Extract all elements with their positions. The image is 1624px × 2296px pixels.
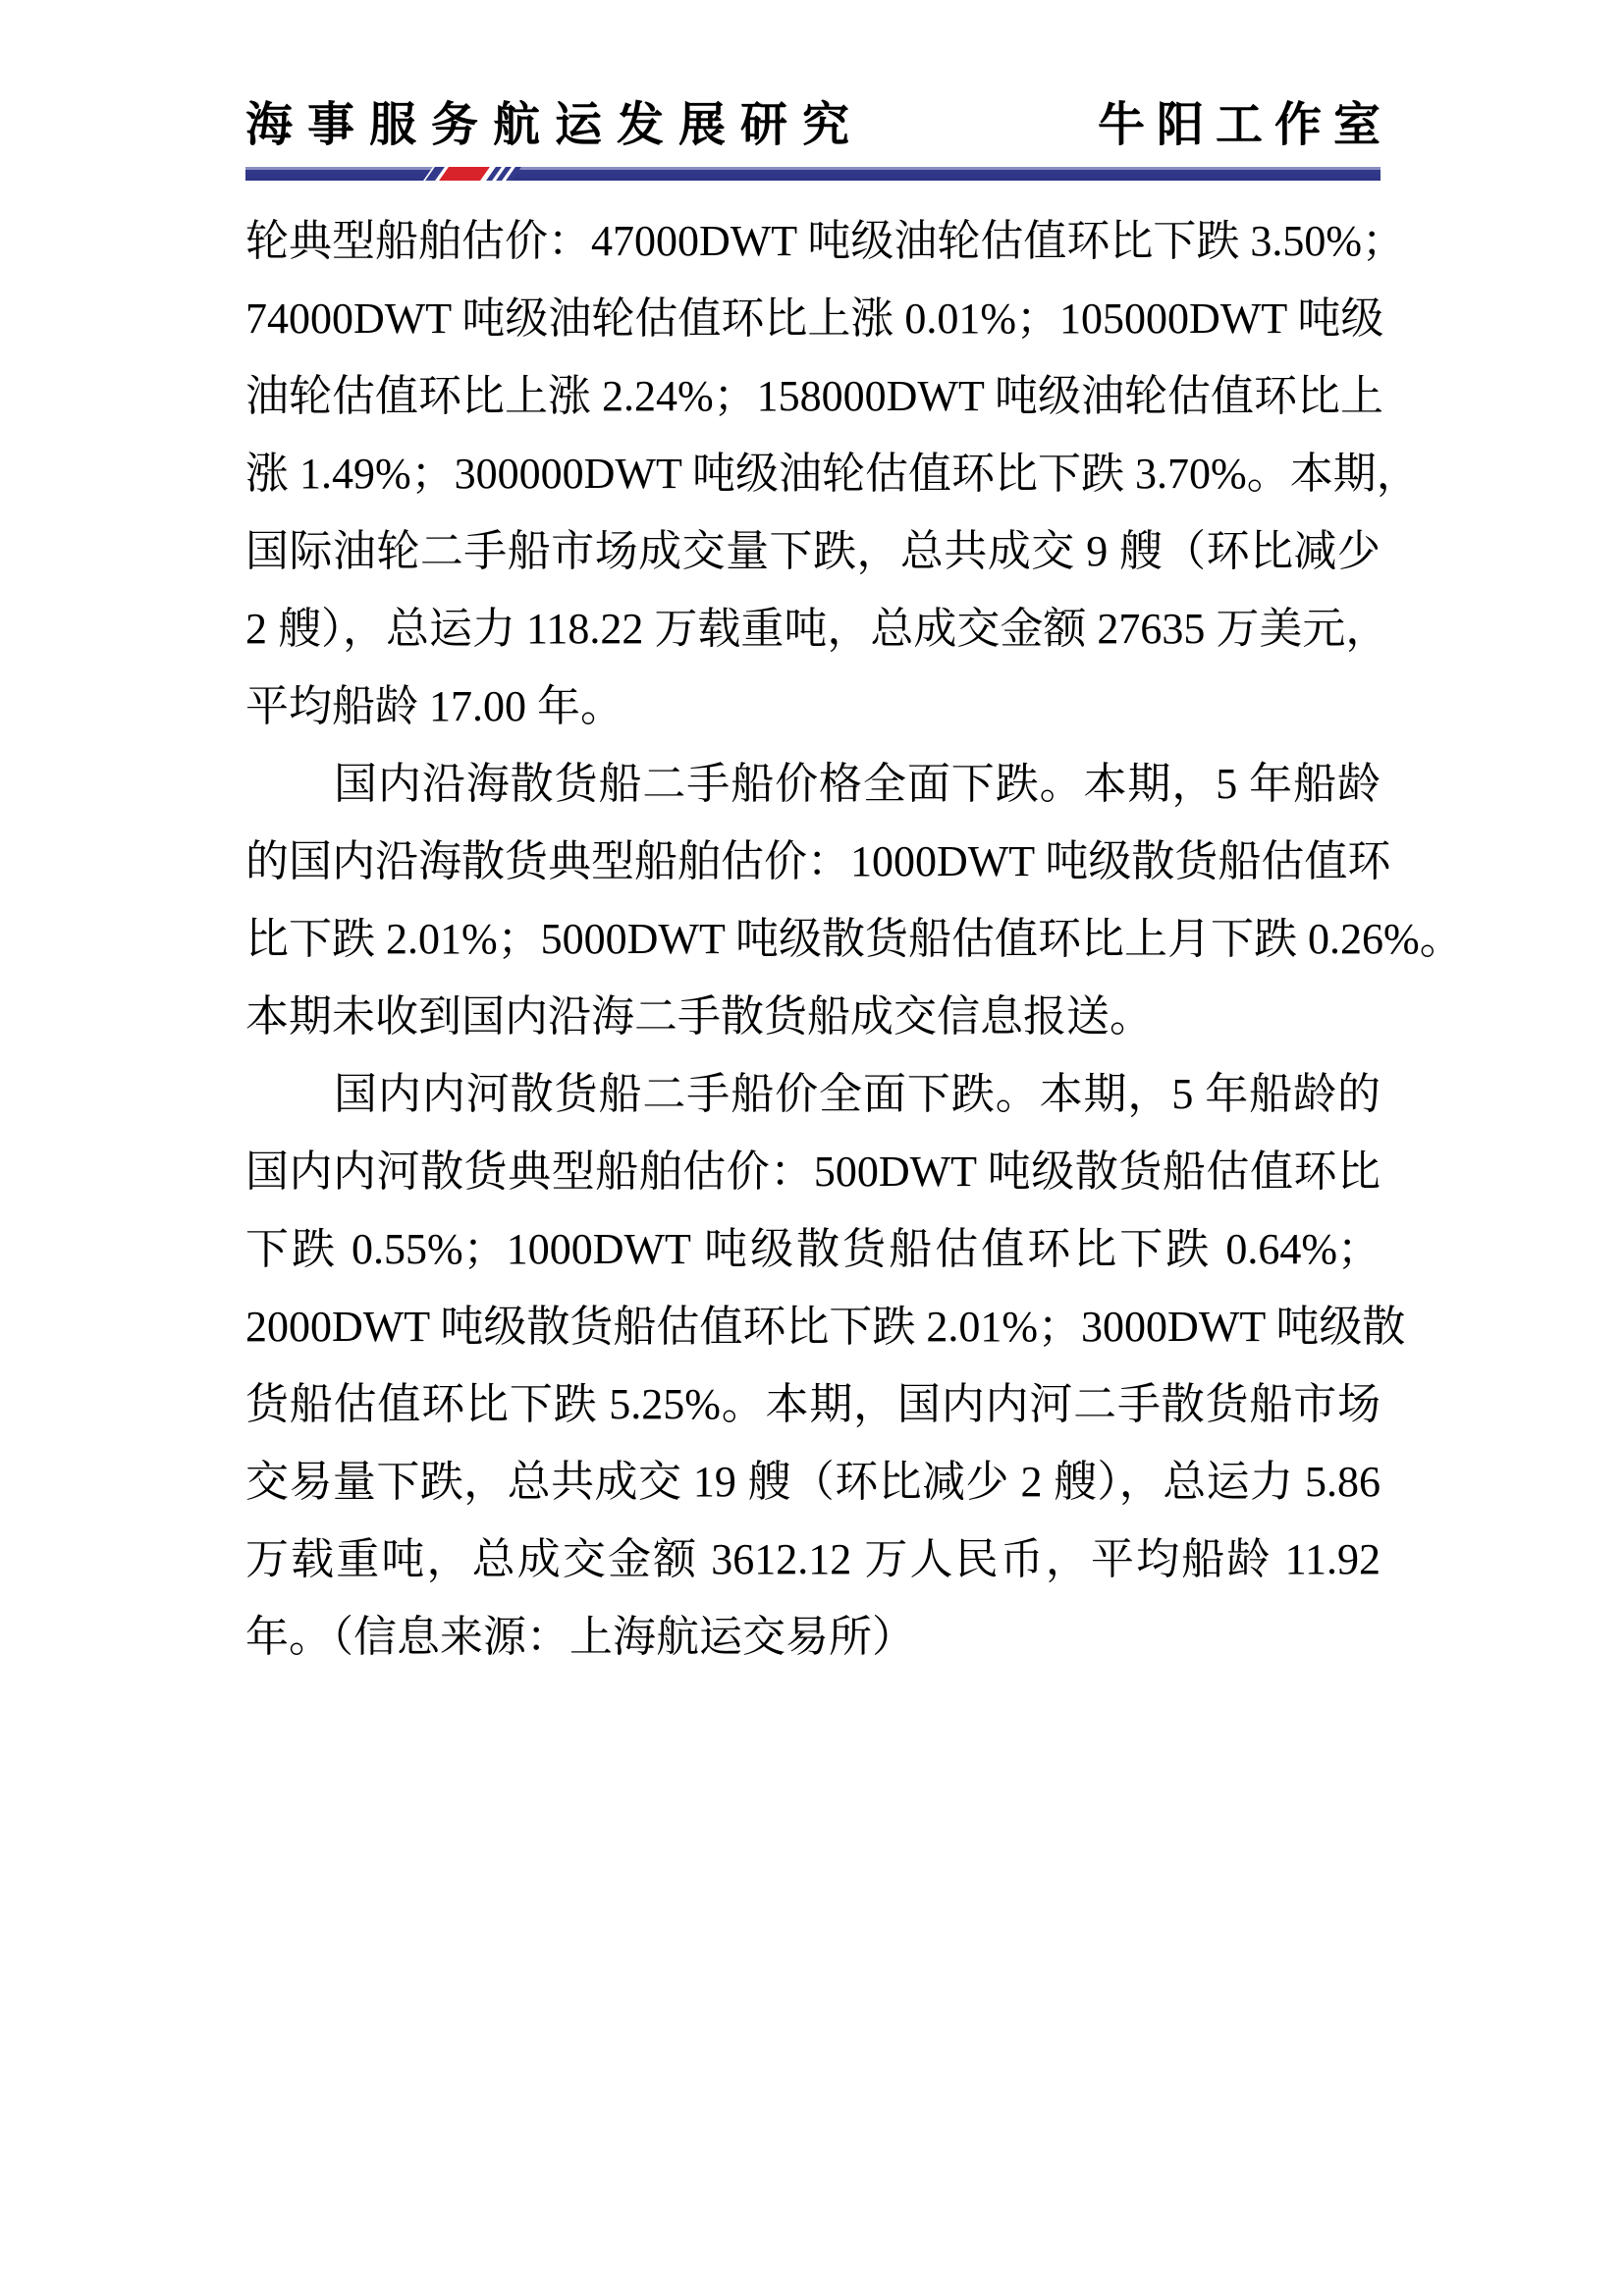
paragraph-line: 74000DWT 吨级油轮估值环比上涨 0.01%；105000DWT 吨级 <box>245 280 1380 357</box>
paragraph-line: 万载重吨，总成交金额 3612.12 万人民币，平均船龄 11.92 <box>245 1521 1380 1598</box>
paragraph-line: 年。（信息来源：上海航运交易所） <box>245 1598 1380 1676</box>
paragraph-line: 涨 1.49%；300000DWT 吨级油轮估值环比下跌 3.70%。本期， <box>245 435 1380 512</box>
page-header: 海事服务航运发展研究 牛阳工作室 <box>245 86 1380 154</box>
paragraph-line: 的国内沿海散货典型船舶估价：1000DWT 吨级散货船估值环 <box>245 823 1380 900</box>
paragraph-line: 比下跌 2.01%；5000DWT 吨级散货船估值环比上月下跌 0.26%。 <box>245 900 1380 978</box>
paragraph-line: 2 艘），总运力 118.22 万载重吨，总成交金额 27635 万美元， <box>245 590 1380 667</box>
paragraph-line: 轮典型船舶估价：47000DWT 吨级油轮估值环比下跌 3.50%； <box>245 202 1380 280</box>
paragraph-line: 本期未收到国内沿海二手散货船成交信息报送。 <box>245 978 1380 1055</box>
document-page: 海事服务航运发展研究 牛阳工作室 轮典型船舶估价：47000DWT 吨级油轮估值… <box>0 0 1624 2296</box>
paragraph-line: 国内内河散货船二手船价全面下跌。本期，5 年船龄的 <box>245 1055 1380 1133</box>
header-right-title: 牛阳工作室 <box>1098 86 1392 154</box>
header-left-title: 海事服务航运发展研究 <box>245 86 864 154</box>
paragraph-coastal-bulk-market: 国内沿海散货船二手船价格全面下跌。本期，5 年船龄 的国内沿海散货典型船舶估价：… <box>245 745 1380 1055</box>
header-divider-rule <box>245 167 1380 181</box>
paragraph-line: 交易量下跌，总共成交 19 艘（环比减少 2 艘），总运力 5.86 <box>245 1443 1380 1521</box>
paragraph-river-bulk-market: 国内内河散货船二手船价全面下跌。本期，5 年船龄的 国内内河散货典型船舶估价：5… <box>245 1055 1380 1676</box>
paragraph-tanker-market: 轮典型船舶估价：47000DWT 吨级油轮估值环比下跌 3.50%； 74000… <box>245 202 1380 745</box>
paragraph-line: 货船估值环比下跌 5.25%。本期，国内内河二手散货船市场 <box>245 1365 1380 1443</box>
paragraph-line: 国内沿海散货船二手船价格全面下跌。本期，5 年船龄 <box>245 745 1380 823</box>
document-body: 轮典型船舶估价：47000DWT 吨级油轮估值环比下跌 3.50%； 74000… <box>245 202 1380 1676</box>
paragraph-line: 油轮估值环比上涨 2.24%；158000DWT 吨级油轮估值环比上 <box>245 357 1380 435</box>
paragraph-line: 国内内河散货典型船舶估价：500DWT 吨级散货船估值环比 <box>245 1133 1380 1210</box>
paragraph-line: 平均船龄 17.00 年。 <box>245 667 1380 745</box>
paragraph-line: 国际油轮二手船市场成交量下跌，总共成交 9 艘（环比减少 <box>245 512 1380 590</box>
paragraph-line: 下跌 0.55%；1000DWT 吨级散货船估值环比下跌 0.64%； <box>245 1210 1380 1288</box>
paragraph-line: 2000DWT 吨级散货船估值环比下跌 2.01%；3000DWT 吨级散 <box>245 1288 1380 1365</box>
